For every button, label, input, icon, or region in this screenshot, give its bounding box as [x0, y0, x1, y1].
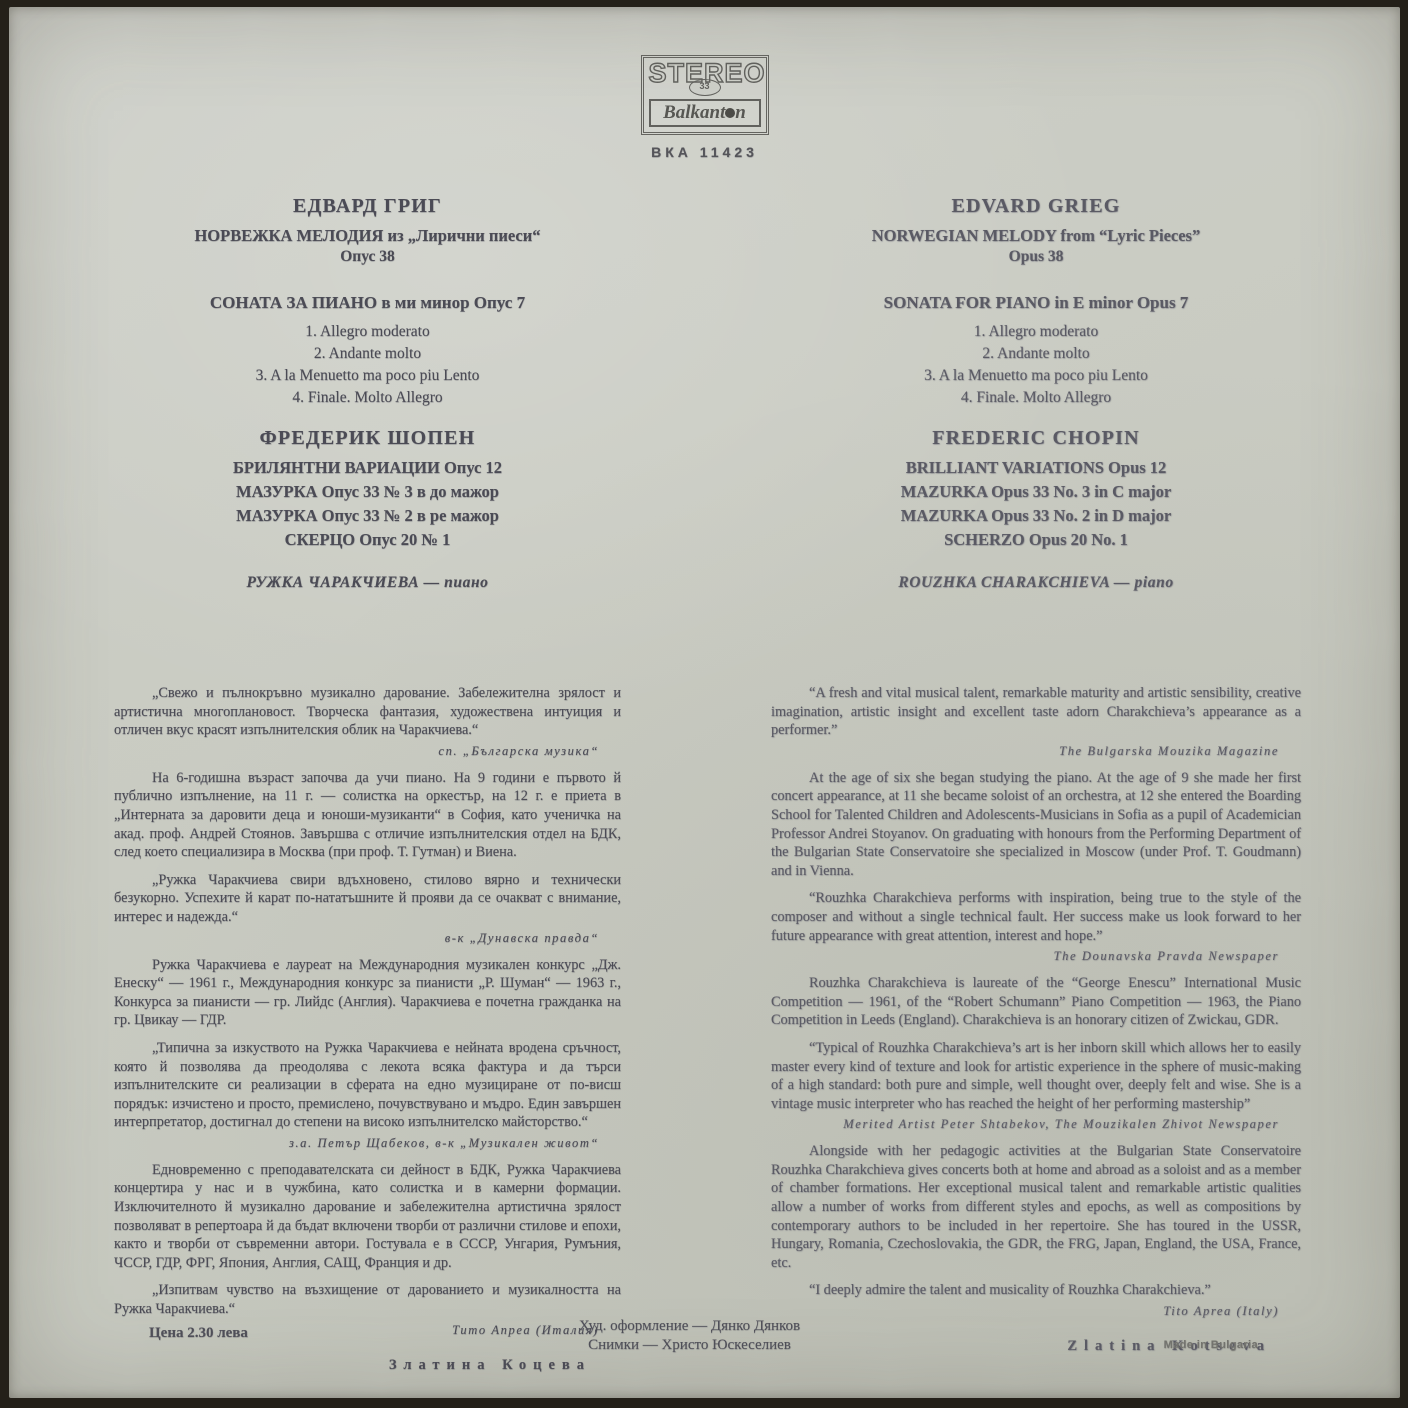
made-in-label: Made in Bulgaria [1164, 1339, 1258, 1351]
opus-38-bg: Опус 38 [114, 247, 621, 267]
work-mazurka2-en: MAZURKA Opus 33 No. 2 in D major [771, 504, 1301, 528]
artist-credit-en: ROUZHKA CHARAKCHIEVA — piano [771, 574, 1301, 592]
record-sleeve-back: STEREO 33 Balkanton ВКА 11423 ЕДВАРД ГРИ… [9, 7, 1400, 1398]
record-dot-icon: o [725, 108, 735, 118]
composer-chopin-en: FREDERIC CHOPIN [771, 427, 1301, 450]
opus-38-en: Opus 38 [771, 247, 1301, 267]
paragraph: At the age of six she began studying the… [771, 769, 1301, 881]
brand-text-pre: Balkant [663, 102, 725, 123]
liner-notes-en: “A fresh and vital musical talent, remar… [771, 684, 1301, 1355]
movement-3-en: 3. A la Menuetto ma poco piu Lento [771, 365, 1301, 387]
work-variations-en: BRILLIANT VARIATIONS Opus 12 [771, 456, 1301, 480]
work-scherzo-bg: СКЕРЦО Опус 20 № 1 [114, 528, 621, 552]
quote-attribution: The Bulgarska Mouzika Magazine [771, 743, 1279, 760]
movement-4-en: 4. Finale. Molto Allegro [771, 387, 1301, 409]
paragraph: „Ружка Чаракчиева свири вдъхновено, стил… [114, 871, 621, 927]
work-sonata-bg: СОНАТА ЗА ПИАНО в ми минор Опус 7 [114, 293, 621, 313]
author-signature-bg: Златина Коцева [114, 1357, 591, 1374]
column-bulgarian: ЕДВАРД ГРИГ НОРВЕЖКА МЕЛОДИЯ из „Лирични… [114, 195, 621, 1374]
column-english: EDVARD GRIEG NORWEGIAN MELODY from “Lyri… [771, 195, 1301, 1374]
paragraph: „Изпитвам чувство на възхищение от даров… [114, 1281, 621, 1318]
quote-attribution: з.а. Петър Щабеков, в-к „Музикален живот… [114, 1135, 599, 1152]
sonata-block-en: SONATA FOR PIANO in E minor Opus 7 1. Al… [771, 293, 1301, 409]
work-scherzo-en: SCHERZO Opus 20 No. 1 [771, 528, 1301, 552]
work-norwegian-melody-en: NORWEGIAN MELODY from “Lyric Pieces” [771, 225, 1301, 247]
two-column-layout: ЕДВАРД ГРИГ НОРВЕЖКА МЕЛОДИЯ из „Лирични… [9, 195, 1400, 1374]
paragraph: “I deeply admire the talent and musicali… [771, 1281, 1301, 1300]
chopin-works-en: BRILLIANT VARIATIONS Opus 12 MAZURKA Opu… [771, 456, 1301, 552]
movement-1-bg: 1. Allegro moderato [114, 321, 621, 343]
work-mazurka3-bg: МАЗУРКА Опус 33 № 3 в до мажор [114, 480, 621, 504]
paragraph: Едновременно с преподавателската си дейн… [114, 1161, 621, 1273]
paragraph: “A fresh and vital musical talent, remar… [771, 684, 1301, 740]
work-mazurka2-bg: МАЗУРКА Опус 33 № 2 в ре мажор [114, 504, 621, 528]
movement-3-bg: 3. A la Menuetto ma poco piu Lento [114, 365, 621, 387]
paragraph: Rouzhka Charakchieva is laureate of the … [771, 974, 1301, 1030]
design-credit-line: Худ. оформление — Дянко Дянков [9, 1317, 1370, 1336]
work-variations-bg: БРИЛЯНТНИ ВАРИАЦИИ Опус 12 [114, 456, 621, 480]
paragraph: “Typical of Rouzhka Charakchieva’s art i… [771, 1039, 1301, 1113]
quote-attribution: в-к „Дунавска правда“ [114, 930, 599, 947]
paragraph: „Типична за изкуството на Ружка Чаракчие… [114, 1039, 621, 1132]
stereo-logo-box: STEREO 33 Balkanton [641, 55, 769, 135]
paragraph: Ружка Чаракчиева е лауреат на Международ… [114, 956, 621, 1030]
catalog-number: ВКА 11423 [641, 144, 769, 160]
sonata-block-bg: СОНАТА ЗА ПИАНО в ми минор Опус 7 1. All… [114, 293, 621, 409]
label-logo-block: STEREO 33 Balkanton ВКА 11423 [641, 55, 769, 160]
movement-2-bg: 2. Andante molto [114, 343, 621, 365]
composer-grieg-en: EDVARD GRIEG [771, 195, 1301, 218]
work-mazurka3-en: MAZURKA Opus 33 No. 3 in C major [771, 480, 1301, 504]
quote-attribution: Merited Artist Peter Shtabekov, The Mouz… [771, 1116, 1279, 1133]
composer-grieg-bg: ЕДВАРД ГРИГ [114, 195, 621, 218]
paragraph: На 6-годишна възраст започва да учи пиан… [114, 769, 621, 862]
work-norwegian-melody-bg: НОРВЕЖКА МЕЛОДИЯ из „Лирични пиеси“ [114, 225, 621, 247]
chopin-works-bg: БРИЛЯНТНИ ВАРИАЦИИ Опус 12 МАЗУРКА Опус … [114, 456, 621, 552]
work-sonata-en: SONATA FOR PIANO in E minor Opus 7 [771, 293, 1301, 313]
composer-chopin-bg: ФРЕДЕРИК ШОПЕН [114, 427, 621, 450]
movement-1-en: 1. Allegro moderato [771, 321, 1301, 343]
liner-notes-bg: „Свежо и пълнокръвно музикално дарование… [114, 684, 621, 1374]
movement-4-bg: 4. Finale. Molto Allegro [114, 387, 621, 409]
paragraph: „Свежо и пълнокръвно музикално дарование… [114, 684, 621, 740]
balkanton-wordmark: Balkanton [649, 99, 761, 127]
quote-attribution: сп. „Българска музика“ [114, 743, 599, 760]
brand-text-post: n [735, 102, 746, 123]
quote-attribution: The Dounavska Pravda Newspaper [771, 948, 1279, 965]
movement-2-en: 2. Andante molto [771, 343, 1301, 365]
artist-credit-bg: РУЖКА ЧАРАКЧИЕВА — пиано [114, 574, 621, 592]
paragraph: Alongside with her pedagogic activities … [771, 1142, 1301, 1272]
paragraph: “Rouzhka Charakchieva performs with insp… [771, 889, 1301, 945]
